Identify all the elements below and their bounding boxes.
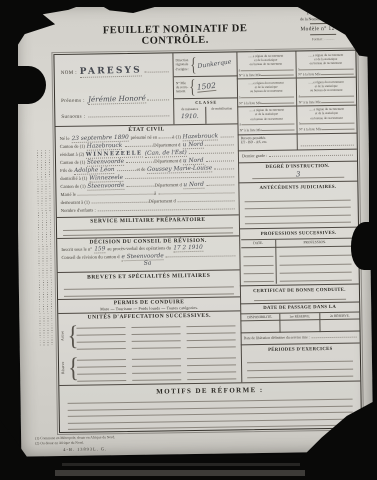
blank-fill <box>158 192 234 194</box>
blank-lines <box>243 249 273 282</box>
dernier-grade-row: Dernier grade : <box>242 152 353 159</box>
printed-label: à (1) <box>172 134 181 139</box>
form-box: NOM : PARESYS Prénoms : Jérémie Honoré S… <box>53 50 362 433</box>
dernier-grade-label: Dernier grade : <box>242 153 267 158</box>
prenoms-label: Prénoms : <box>61 99 85 104</box>
blank-fill <box>125 176 234 179</box>
blank-lines <box>254 295 346 301</box>
ruled-line <box>254 295 346 301</box>
printed-label: N° à la liste Mle <box>299 127 321 131</box>
blank-fill <box>300 68 354 70</box>
blank-fill <box>300 96 354 98</box>
handwritten-value: 17 2 1910 <box>173 245 203 253</box>
unites-columns <box>74 351 239 381</box>
professions-table: DATE. PROFESSION. <box>241 238 355 285</box>
blank-fill <box>312 337 357 339</box>
printed-label: Nombre d'enfants : <box>61 207 96 213</box>
blank-lines <box>63 223 233 236</box>
section-divider <box>238 181 357 184</box>
handwritten-value: Goussey Marie-Louise <box>147 165 212 174</box>
ruled-line <box>77 342 126 350</box>
recruitment-grid: ......e région du recrutementet de la st… <box>236 51 356 135</box>
classe-naissance-col: de naissance 1910. <box>174 107 206 124</box>
ruled-line <box>187 372 236 380</box>
blank-fill <box>144 71 168 72</box>
printed-label: Conseil de révision du canton d <box>61 254 119 260</box>
ruled-line <box>77 374 126 382</box>
cell-blank-row: à <box>299 94 355 99</box>
matricule-label: N° Mle du recru- tement. <box>174 81 189 94</box>
printed-label: présumé né en <box>131 135 158 140</box>
cell-blank-row: à <box>239 122 294 127</box>
blank-fill <box>178 200 235 202</box>
cell-blank-row: N° à la liste Mle <box>299 99 355 104</box>
printed-label: Département d <box>153 142 180 147</box>
torn-edge-bottom <box>0 458 377 480</box>
handwritten-value: u Nord <box>183 158 204 166</box>
handwritten-value: u Nord <box>182 142 203 150</box>
recruitment-cell: ......e région du recrutementet de la st… <box>236 51 296 79</box>
ruled-line <box>280 272 352 281</box>
handwritten-value: (Can. de l'Est) <box>145 150 187 158</box>
printed-label: Marié le <box>60 192 76 197</box>
unites-group-reserve: Réserve { <box>61 351 239 382</box>
unites-group-active: Active { <box>60 319 238 350</box>
brevets-possedes-labels: Brevets possédés ET - BD - AS, etc. <box>238 133 298 150</box>
paper-sheet: FEUILLET NOMINATIF DE CONTRÔLE. N° 1027 … <box>15 0 374 457</box>
printed-label: N° à la liste Mle <box>240 128 262 132</box>
nom-value: PARESYS <box>80 65 143 78</box>
cell-text-line: ou bureau de recrutement <box>239 89 294 94</box>
cell-blank-row: N° à la liste Mle <box>298 72 354 77</box>
printed-label: Département d <box>149 198 176 203</box>
ruled-line <box>132 341 181 349</box>
printed-label: Canton de (1) <box>60 184 85 189</box>
blank-fill <box>301 145 354 147</box>
blank-lines <box>186 319 235 348</box>
printed-label: N° à la liste Mle <box>239 101 261 105</box>
printed-label: N° à la liste Mle <box>299 100 321 104</box>
recruitment-cell: ......e région du recrutementet de la st… <box>296 78 356 106</box>
blank-fill <box>321 128 354 129</box>
passage-col-1re-reserve: 1re RÉSERVE. <box>280 313 320 333</box>
blank-fill <box>117 170 137 171</box>
nom-row: NOM : PARESYS <box>61 65 169 78</box>
scan-bed-artifact <box>55 470 305 476</box>
matricule-value: 1502 <box>196 81 216 93</box>
certificat-title: CERTIFICAT DE BONNE CONDUITE. <box>240 288 359 295</box>
document-title: FEUILLET NOMINATIF DE CONTRÔLE. <box>73 23 277 48</box>
handwritten-value: Steenvoorde <box>87 159 124 167</box>
printed-label: demeurant à (1) <box>61 200 90 205</box>
brace: { <box>189 75 196 99</box>
cell-blank-row: N° à la liste Mle <box>239 73 294 78</box>
direction-label: Direction régionale d'origine : <box>173 58 189 71</box>
cell-text-line: ou bureau de recrutement <box>298 61 354 66</box>
blank-fill <box>262 129 294 130</box>
handwritten-value: 159 <box>94 246 105 253</box>
recruitment-cell: ......e région du recrutementet de la st… <box>297 105 357 133</box>
brace: { <box>67 318 74 353</box>
blank-fill <box>98 208 235 211</box>
classe-title: CLASSE <box>174 99 238 105</box>
ruled-line <box>187 340 236 348</box>
blank-fill <box>78 194 154 196</box>
section-divider <box>241 343 360 346</box>
blank-fill <box>205 144 234 145</box>
liberation-row: Date de libération définitive du service… <box>244 335 357 341</box>
printed-label: Canton de (1) <box>60 160 85 165</box>
printed-label: au procès-verbal des opérations du <box>107 245 171 251</box>
origin-box: Direction régionale d'origine : { Dunker… <box>172 52 238 124</box>
surnoms-label: Surnoms : <box>61 115 85 120</box>
ruled-line <box>247 369 353 378</box>
blank-lines <box>76 321 125 350</box>
brace: { <box>68 350 75 385</box>
printed-label: Canton de (1) <box>60 144 85 149</box>
margin-fine-print <box>37 150 53 346</box>
cell-blank-row: à <box>239 67 294 72</box>
classe-mobilisation-col: de mobilisation <box>206 106 237 123</box>
printed-label: Né le <box>60 136 70 141</box>
printed-label: Fils de <box>60 168 72 173</box>
blank-lines <box>77 353 126 382</box>
printed-label: résidant à (2) <box>60 152 84 157</box>
footnote-2: (2) Ou douar en Afrique du Nord. <box>35 441 83 446</box>
cell-blank-row: N° à la liste Mle <box>239 100 294 105</box>
blank-fill <box>261 102 293 103</box>
blank-fill <box>261 75 293 76</box>
printed-label: et de <box>137 167 146 172</box>
blank-fill <box>241 97 294 99</box>
scan-bed-artifact <box>62 463 300 466</box>
periodes-title: PÉRIODES D'EXERCICES <box>241 347 360 354</box>
printed-label: Département d <box>154 158 181 163</box>
printed-label: N° à la liste Mle <box>298 72 320 76</box>
conseil-annotation: Sa <box>119 259 175 267</box>
direction-value: Dunkerque <box>197 58 231 70</box>
handwritten-value: Hazebrouck <box>183 133 219 141</box>
blank-fill <box>125 146 154 147</box>
prenoms-row: Prénoms : Jérémie Honoré <box>61 93 169 105</box>
blank-fill <box>92 202 149 204</box>
handwritten-value: Hazebrouck <box>87 143 123 151</box>
ruled-line <box>244 274 274 283</box>
blank-lines <box>187 351 236 380</box>
printed-label: N° à la liste Mle <box>239 73 261 77</box>
matricule-box: N° Mle du recru- tement. { 1502 <box>174 75 238 99</box>
blank-fill <box>206 160 234 161</box>
ruled-line <box>245 215 351 224</box>
cell-blank-row: N° à la liste Mle <box>299 126 355 131</box>
ruled-line <box>64 287 234 297</box>
cell-text-line: ou bureau de recrutement <box>239 116 294 121</box>
etat-civil-rows: Né le23 septembre 1890présumé né enà (1)… <box>60 133 235 216</box>
blank-fill <box>189 152 234 154</box>
passage-col-disponibilite: DISPONIBILITÉ. <box>240 314 280 334</box>
col-profession: PROFESSION. <box>275 240 354 245</box>
printed-label: Inscrit sous le n° <box>61 247 92 252</box>
torn-blob-right <box>351 222 377 270</box>
unites-columns <box>73 319 238 349</box>
section-divider <box>239 227 358 230</box>
printer-mark: 4-B. 13893L. G. <box>63 446 107 452</box>
blank-lines <box>252 172 344 179</box>
recruitment-cell: ......e région du recrutementet de la st… <box>296 51 356 79</box>
footnote-1: (1) Commune en Métropole, douar en Afriq… <box>35 435 115 440</box>
brevets-possedes-blank <box>298 133 357 150</box>
blank-fill <box>240 69 293 71</box>
direction-regionale-box: Direction régionale d'origine : { Dunker… <box>173 52 237 77</box>
blank-fill <box>321 101 354 102</box>
passage-title: DATE DE PASSAGE DANS LA <box>240 305 359 312</box>
scan-bed: FEUILLET NOMINATIF DE CONTRÔLE. N° 1027 … <box>0 0 377 480</box>
cell-blank-row: à <box>298 66 354 71</box>
torn-edge-right <box>369 30 377 240</box>
recruitment-cell: ......e région du recrutementet de la st… <box>237 106 297 134</box>
blank-fill <box>269 155 353 157</box>
blank-lines <box>245 193 351 225</box>
handwritten-value: u Nord <box>184 182 205 190</box>
blank-fill <box>166 255 236 257</box>
classe-box: CLASSE de naissance 1910. de mobilisatio… <box>174 97 238 124</box>
blank-lines <box>64 280 234 297</box>
blank-lines <box>247 355 353 379</box>
col-date: DATE. <box>241 241 275 246</box>
cell-blank-row: à <box>239 95 294 100</box>
prenoms-value: Jérémie Honoré <box>88 93 146 104</box>
antecedents-title: ANTÉCÉDENTS JUDICIAIRES. <box>238 185 357 192</box>
cell-text-line: ou bureau de recrutement <box>239 62 294 67</box>
blank-fill <box>148 99 170 100</box>
ruled-line <box>132 373 181 381</box>
blank-fill <box>215 168 235 169</box>
blank-fill <box>127 186 155 187</box>
blank-lines <box>132 352 181 381</box>
printed-label: Département d <box>155 182 182 187</box>
recruitment-cell: ......e région du recrutementet de la st… <box>237 79 297 107</box>
blank-fill <box>159 137 172 138</box>
cell-text-line: ou bureau de recrutement <box>298 88 354 93</box>
blank-fill <box>220 136 233 137</box>
handwritten-value: Steenvoorde <box>88 183 125 191</box>
cell-blank-row: N° à la liste Mle <box>240 127 295 132</box>
printed-label: domicilié à (1) <box>60 176 87 181</box>
degre-instruction-title: DEGRÉ D'INSTRUCTION. <box>238 164 357 171</box>
blank-fill <box>241 124 294 126</box>
cell-blank-row: à <box>299 121 355 126</box>
nom-label: NOM : <box>61 71 77 76</box>
blank-lines <box>68 394 353 430</box>
handwritten-value: Adolphe Léon <box>74 167 115 175</box>
handwritten-value: 23 septembre 1890 <box>71 135 128 143</box>
handwritten-value: WINNEZEELE <box>86 150 143 158</box>
printed-label: à <box>154 191 156 196</box>
blank-fill <box>320 74 353 75</box>
brevets-possedes-box: Brevets possédés ET - BD - AS, etc. <box>238 133 357 151</box>
divider <box>310 34 336 35</box>
blank-fill <box>300 123 354 125</box>
blank-fill <box>88 115 169 117</box>
blank-fill <box>126 162 154 163</box>
blank-lines <box>131 320 180 349</box>
liberation-label: Date de libération définitive du service… <box>244 335 310 340</box>
passage-col-2e-reserve: 2e RÉSERVE. <box>320 313 359 333</box>
professions-title: PROFESSIONS SUCCESSIVES. <box>239 231 358 238</box>
blank-fill <box>206 184 234 185</box>
handwritten-value: Winnezeele <box>89 175 123 183</box>
ruled-line <box>252 172 344 179</box>
brace: { <box>190 52 197 76</box>
cell-text-line: ou bureau de recrutement <box>299 115 355 120</box>
classe-naissance-value: 1910. <box>174 113 205 120</box>
blank-lines <box>279 248 351 282</box>
surnoms-row: Surnoms : <box>61 113 169 120</box>
